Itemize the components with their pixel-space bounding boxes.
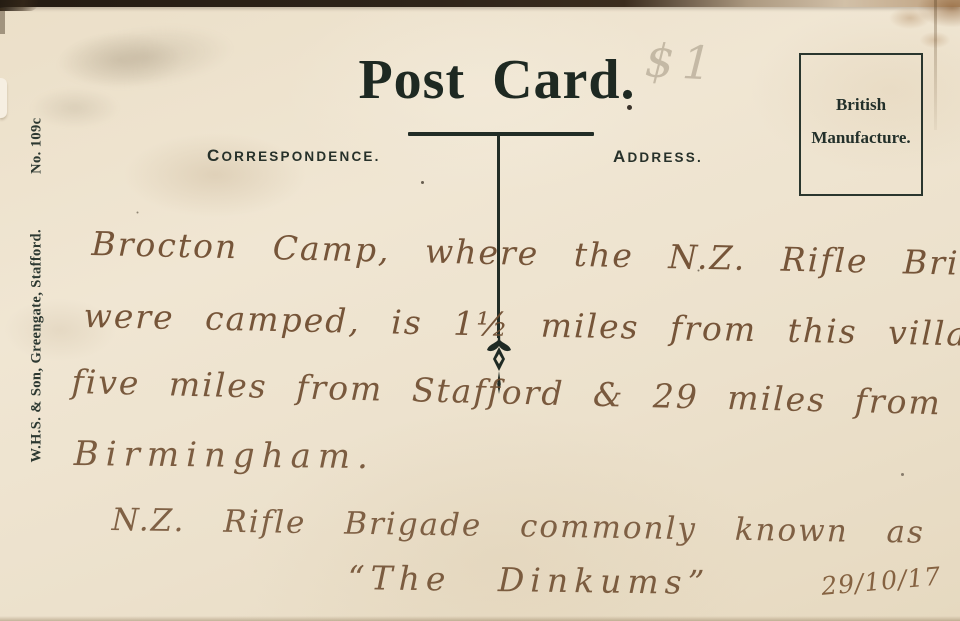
edge-tear (0, 78, 7, 118)
card-right-edge (934, 0, 937, 130)
corner-chip (0, 0, 38, 11)
divider-top-bar (408, 132, 594, 136)
message-line: Birmingham. (74, 434, 376, 477)
correspondence-label: CORRESPONDENCE. (207, 146, 381, 166)
address-label: ADDRESS. (613, 147, 703, 167)
card-bottom-edge (0, 616, 960, 621)
pencil-smudge (52, 17, 237, 97)
message-line: Brocton Camp, where the N.Z. Rifle Briga… (91, 224, 960, 285)
postcard-title: Post Card. (352, 48, 642, 112)
pencil-price-mark: $1 (644, 33, 721, 91)
publisher-imprint: W.H.S. & Son, Greengate, Stafford. No. 1… (25, 118, 49, 463)
message-line: “The Dinkums” (347, 558, 710, 602)
stamp-box-line1: British (836, 95, 886, 115)
date-note: 29/10/17 (820, 562, 942, 601)
card-top-edge (0, 0, 960, 7)
postcard-back: Post Card. CORRESPONDENCE. ADDRESS. Brit… (0, 0, 960, 621)
series-number: No. 109c (28, 118, 45, 174)
stamp-box: British Manufacture. (799, 53, 923, 196)
message-line: were camped, is 1½ miles from this villa… (83, 296, 960, 355)
edge-chip (0, 8, 5, 34)
stamp-box-line2: Manufacture. (811, 128, 910, 148)
message-line: N.Z. Rifle Brigade commonly known as (111, 502, 925, 551)
publisher-name: W.H.S. & Son, Greengate, Stafford. (28, 229, 45, 463)
